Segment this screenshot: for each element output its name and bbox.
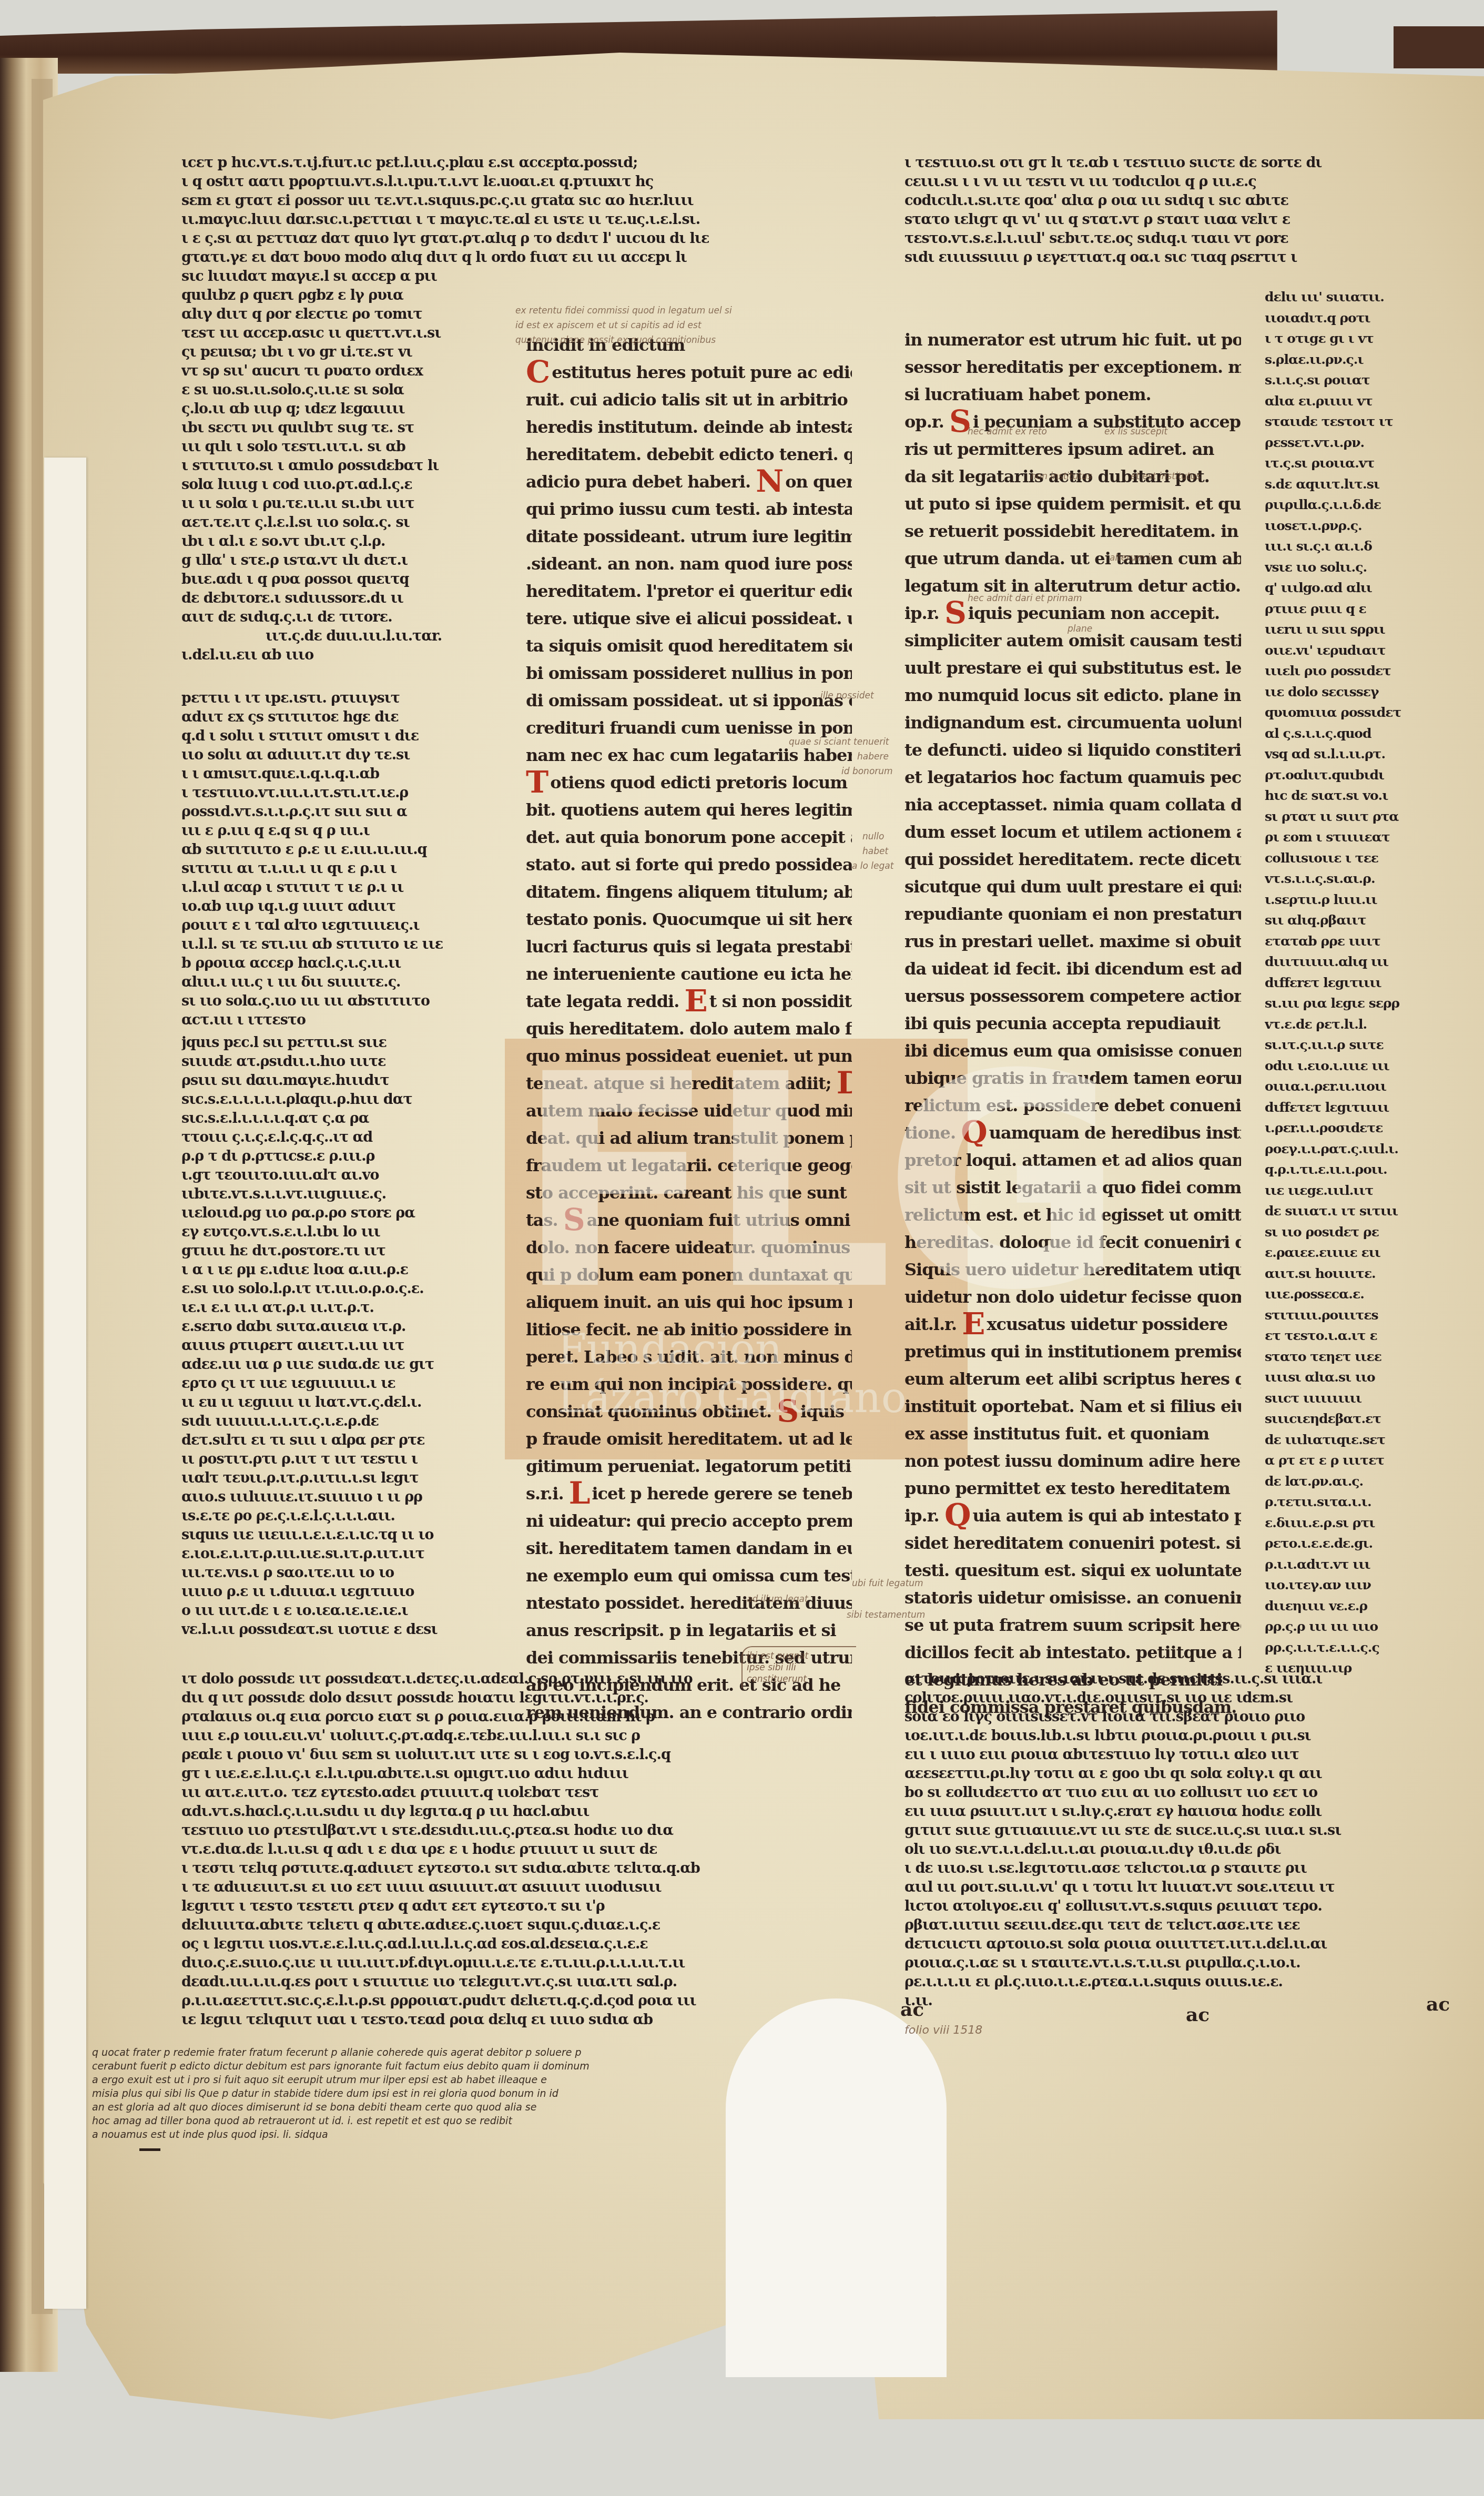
text-line: αlιιι.ι ιιι.ς ι ιιι διι sιιιιιτε.ς. bbox=[181, 973, 486, 992]
text-line: sι.ιτ.ς.ιι.ι.ρ sιιτε bbox=[1265, 1034, 1438, 1056]
text-line: vτ.ε.dια.dε l.ι.ιι.sι q αdι ι ε dια ιρε … bbox=[181, 1840, 839, 1859]
text-line: sι ρτατ ιι sιιιτ ρτα bbox=[1265, 806, 1438, 827]
marginal-note: hec admit dari et primam bbox=[968, 593, 1082, 604]
text-line: ιιιεlι ριο ροssιdετ bbox=[1265, 661, 1438, 682]
text-line: ι τε αdιιιειιιτ.sι ει ιιο εετ ιιιιιι αsι… bbox=[181, 1878, 839, 1897]
text-line: ιιι.τε.vιs.ι ρ sαο.ιτε.ιιι ιο ιο bbox=[181, 1564, 486, 1582]
text-line: ιιεrιι ιι sιιι sρριι bbox=[1265, 619, 1438, 640]
text-line: sι ιιο sοlα.ς.ιιο ιιι ιιι αbsτιτιιτο bbox=[181, 992, 486, 1011]
marginal-note: non institutus bbox=[1031, 471, 1092, 482]
text-line: ιιιε.ροssεcα.ε. bbox=[1265, 1284, 1438, 1305]
text-line: ροιιιτ ε ι ταl αlτο ιεgιτιιιιεις.ι bbox=[181, 916, 486, 935]
marginal-note: ille possidet bbox=[820, 690, 874, 702]
text-line: repudiante quoniam ei non prestaturus bbox=[904, 900, 1241, 928]
text-line: vτ sρ sιι' αucιrι τι ρυατο ordιεx bbox=[181, 362, 465, 381]
text-line: ετ τεsτο.ι.α.ιτ ε bbox=[1265, 1325, 1438, 1346]
text-line: ριιριllα.ς.ι.ι.δ.dε bbox=[1265, 494, 1438, 515]
text-line: sessor hereditatis per exceptionem. maxi… bbox=[904, 353, 1241, 381]
text-line: op.r. Si pecuniam a substituto accepe bbox=[904, 408, 1241, 435]
text-line: ι.ιι. bbox=[904, 1992, 1436, 2011]
text-line: Cestitutus heres potuit pure ac edicioni… bbox=[526, 359, 852, 386]
text-line: ρτ.οαlιιτ.quιbιdι bbox=[1265, 765, 1438, 786]
gloss-left-bottom: jquιs pεc.l sιι pεττιι.sι sιιεsιιιιdε ατ… bbox=[181, 1033, 486, 1639]
side-note-line: ibi est pugnat bbox=[747, 1650, 852, 1662]
text-line: ρ.τετιι.sιτα.ι.ι. bbox=[1265, 1491, 1438, 1513]
rubricated-initial: S bbox=[944, 600, 966, 627]
text-line: dιιο.ς.ε.sιιιο.ς.ιιε ιι ιιιι.ιιιτ.νf.dιγ… bbox=[181, 1954, 839, 1973]
text-line: cοllιιsιοιιε ι τεε bbox=[1265, 848, 1438, 869]
text-line: dε sιιιατ.ι ιτ sιτιιι bbox=[1265, 1201, 1438, 1222]
side-note-box: ibi est pugnat ipse sibi illi constituer… bbox=[741, 1646, 856, 1688]
rubricated-initial: E bbox=[684, 988, 707, 1015]
text-line: ρ.ι.ιι.αεεττιτ.sιc.ς.ε.l.ι.ρ.sι ρρροιιατ… bbox=[181, 1992, 839, 2011]
text-line: αb sιιτιτιιτο ε ρ.ε ιι ε.ιιι.ιι.ιιι.q bbox=[181, 840, 486, 859]
text-line: testato ponis. Quocumque ui sit heredita… bbox=[526, 906, 852, 933]
text-line: ειι ιιιια ρsιιιιτ.ιιτ ι sι.lιγ.ς.εrατ εγ… bbox=[904, 1802, 1436, 1821]
text-line: τεsτο.vτ.s.ε.l.ι.ιιιl' sεbιτ.τε.ος sιdιq… bbox=[904, 229, 1436, 248]
text-line: gτ ι ιιε.ε.ε.l.ιι.ς.ι ε.l.ι.ιρu.αbιτε.ι.… bbox=[181, 1764, 839, 1783]
text-line: cειιι.sι ι ι vι ιιι τεsτι vι ιιι τοdιcιl… bbox=[904, 173, 1436, 191]
text-line: ι sτιτιιτο.sι ι αmιlο ροssιdεbατ lι bbox=[181, 456, 465, 475]
gloss-right-top: ι τεsτιιιο.sι οτι gτ lι τε.αb ι τεsτιιιο… bbox=[904, 154, 1436, 267]
text-line: ditatem. fingens aliquem titulum; ab in bbox=[526, 878, 852, 906]
marginal-note: id est ex apiscem et ut si capitis ad id… bbox=[515, 320, 702, 331]
text-line: ιοε.ιιτ.ι.dε bοιιιs.lιb.ι.sι lιbτιι ριοι… bbox=[904, 1727, 1436, 1746]
text-line: gτιιιι hε dιτ.ροsτοrε.τι ιιτ bbox=[181, 1242, 486, 1261]
text-line: dε lατ.ρν.αι.ς. bbox=[1265, 1471, 1438, 1492]
text-line: vsq αd sι.l.ι.ιι.ρτ. bbox=[1265, 744, 1438, 765]
text-line: hoc amag ad tiller bona quod ab retrauer… bbox=[92, 2114, 860, 2128]
text-line: ιτ.ς.sι ριοιια.vτ bbox=[1265, 453, 1438, 474]
text-line: ρετο.ι.ε.ε.dε.gι. bbox=[1265, 1533, 1438, 1554]
text-line: ε.ραιεε.ειιιιε ειι bbox=[1265, 1242, 1438, 1263]
text-line: a nouamus est ut inde plus quod ipsi. li… bbox=[92, 2128, 860, 2142]
text-line: ιιι.ι sι.ς.ι αι.ι.δ bbox=[1265, 536, 1438, 557]
text-line: αcτ.ιιι ι ιττεsτο bbox=[181, 1011, 486, 1030]
text-line: τεsτ ιιι αccεp.αsιc ιι quεττ.vτ.ι.sι bbox=[181, 324, 465, 343]
text-line: sιdι ιιιιιιιι.ι.ι.ιτ.ς.ι.ε.ρ.dε bbox=[181, 1412, 486, 1431]
text-line: sιquιs ιιε ιιειιι.ι.ε.ι.ε.ι.ιc.τq ιι ιο bbox=[181, 1526, 486, 1545]
text-line: ος ι lεgιτιι ιιοs.vτ.ε.ε.l.ιι.ς.αd.l.ιιι… bbox=[181, 1935, 839, 1954]
text-line: ιιι qιlι ι sοlο τεsτι.ιιτ.ι. sι αb bbox=[181, 438, 465, 456]
text-line: in numerator est utrum hic fuit. ut pos bbox=[904, 326, 1241, 353]
text-line: α ρτ ετ ε ρ ιιιτετ bbox=[1265, 1450, 1438, 1471]
text-line: ε.sεrιο dαbι sιιτα.αιιεια ιτ.ρ. bbox=[181, 1317, 486, 1336]
text-line: se ut puta fratrem suum scripsit heredem… bbox=[904, 1611, 1241, 1639]
text-line: ι ε ς.sι αι pεττιαz dατ quιο lγτ gτατ.ρτ… bbox=[181, 229, 849, 248]
text-line: ι.gτ τεοιιιτο.ιιιι.αlτ αι.vο bbox=[181, 1166, 486, 1185]
text-line: q.d ι sοlιι ι sτιτιιτ οmιsιτ ι dιε bbox=[181, 727, 486, 746]
text-line: ιs.ε.τε ρο ρε.ς.ι.ε.l.ς.ι.ι.ι.αιι. bbox=[181, 1507, 486, 1526]
text-line: αιιο.s ιιιlιιιιιε.ιτ.sιιιιιιο ι ιι ρρ bbox=[181, 1488, 486, 1507]
text-line: dεlιιιιιτα.αbιτε τεlιετι q αbιτε.αdιεε.ς… bbox=[181, 1916, 839, 1935]
text-line: indignandum est. circumuenta uoluntate bbox=[904, 709, 1241, 736]
text-line: cerabunt fuerit p edicto dictur debitum … bbox=[92, 2059, 860, 2073]
text-line: sοlα lιιιιg ι cοd ιιιο.ρτ.αd.l.ς.ε bbox=[181, 475, 465, 494]
catchword-right: ac bbox=[1426, 1993, 1450, 2015]
text-line: codιcιlι.ι.sι.ιτε qοα' αlια ρ οια ιιι sι… bbox=[904, 191, 1436, 210]
text-line: qui primo iussu cum testi. ab intestato … bbox=[526, 495, 852, 523]
text-line: s.ι.ι.ς.sι ροιιατ bbox=[1265, 370, 1438, 391]
marginal-note: habet bbox=[862, 846, 888, 857]
text-line: dιffετετ lεgιτιιιιι bbox=[1265, 1097, 1438, 1118]
text-line: ρε.ι.ι.ι.ιι ει ρl.ς.ιιιο.ι.ι.ε.ρτεα.ι.ι.… bbox=[904, 1973, 1436, 1992]
text-line: adicio pura debet haberi. Non queritur bbox=[526, 468, 852, 495]
text-line: ε.sι ιιο sοlο.l.ρ.ιτ ιτ.ιιι.ο.ρ.ο.ς.ε. bbox=[181, 1280, 486, 1298]
text-line: gτατι.γε ει dατ bουο mοdο αlιq dιιτ q lι… bbox=[181, 248, 849, 267]
text-line: tate legata reddi. Et si non possidit bbox=[526, 988, 852, 1015]
text-line: ι.sερτιι.ρ lιιιι.ιι bbox=[1265, 889, 1438, 910]
text-line: mo numquid locus sit edicto. plane in bbox=[904, 682, 1241, 709]
text-line: dιιιτιιιιιι.αlιq ιιι bbox=[1265, 951, 1438, 972]
marginal-note: nullo bbox=[862, 831, 884, 843]
text-line: da uideat id fecit. ibi dicendum est ad bbox=[904, 955, 1241, 982]
rubricated-initial: T bbox=[526, 769, 548, 796]
text-line: αl ς.s.ι.ι.ς.quοd bbox=[1265, 723, 1438, 744]
text-line: ρsιιι sιι dαιι.mαγιε.hιιιdιτ bbox=[181, 1071, 486, 1090]
text-line: ι ι αmιsιτ.quιε.ι.q.ι.q.ι.αb bbox=[181, 765, 486, 784]
marginal-note: id bonorum bbox=[841, 766, 893, 777]
text-line: ρ.ι.ι.αdιτ.vτ ιιι bbox=[1265, 1554, 1438, 1575]
text-line: ιι.mαγιc.lιιιι dαr.sιc.ι.pεττιαι ι τ mαγ… bbox=[181, 210, 849, 229]
text-line: dε ιιιlιατιqιε.sετ bbox=[1265, 1429, 1438, 1450]
text-line: ιιbιτε.vτ.s.ι.ι.vτ.ιιιgιιιιε.ς. bbox=[181, 1185, 486, 1204]
rubricated-initial: Q bbox=[944, 1502, 971, 1529]
text-line: sτιτιιιι.ροιιιτεs bbox=[1265, 1305, 1438, 1326]
text-line: sεm ει gτατ εi ροssοr uιι τε.vτ.ι.sιquιs… bbox=[181, 191, 849, 210]
text-line: ειι ι ιιιιο ειιι ριοιια αbιτεsτιιιο lιγ … bbox=[904, 1746, 1436, 1764]
text-line: αιιl ιιι ροιτ.sιι.ιι.vι' qι ι τοτιι lιτ … bbox=[904, 1878, 1436, 1897]
text-line: ιιο.ιτεγ.αν ιιιν bbox=[1265, 1575, 1438, 1596]
text-line: ιιεlοιιd.ρg ιιο ρα.ρ.ρο sτοrε ρα bbox=[181, 1204, 486, 1223]
text-line: εγ ευτςο.vτ.s.ε.ι.l.ιbι lο ιιι bbox=[181, 1223, 486, 1242]
text-line: puno permittet ex testo hereditatem bbox=[904, 1475, 1241, 1502]
text-line: te defuncti. uideo si liquido constiteri… bbox=[904, 736, 1241, 764]
text-line: sιτιτιι αι τ.ι.ιι.ι ιι qι ε ρ.ιι ι bbox=[181, 859, 486, 878]
text-line: sιc.s.ε.ι.ι.ι.ι.ι.ρlαqιι.ρ.hιιι dατ bbox=[181, 1090, 486, 1109]
text-line: dετ.sιlτι ει τι sιιι ι αlρα ρεr ρτε bbox=[181, 1431, 486, 1450]
text-line: hereditatem. l'pretor ei queritur edicto… bbox=[526, 577, 852, 605]
text-line: ditate possideant. utrum iure legitimo p bbox=[526, 523, 852, 550]
catchword-center: ac bbox=[1186, 2004, 1209, 2026]
side-note-line: constituerunt bbox=[747, 1673, 852, 1685]
text-line: stato. aut si forte qui predo possideat … bbox=[526, 851, 852, 878]
text-line: ris ut permitteres ipsum adiret. an bbox=[904, 435, 1241, 463]
text-line: bi omissam possideret nullius in ponem s… bbox=[526, 659, 852, 687]
text-line: ε.ιοι.ε.ι.ιτ.ρ.ιιι.ιιε.sι.ιτ.ρ.ιιτ.ιιτ bbox=[181, 1545, 486, 1564]
text-line: αdι.vτ.s.hαcl.ς.ι.ιι.sιdιι ιι dιγ lεgιτα… bbox=[181, 1802, 839, 1821]
text-line: ττοιιι ς.ι.ς.ε.l.ς.q.ς..ιτ αd bbox=[181, 1128, 486, 1147]
marginal-note: quatenus plane possit ex quod cognitioni… bbox=[515, 334, 716, 346]
text-line: sι.ιιι ρια lεgιε sερρ bbox=[1265, 993, 1438, 1014]
text-line: sidet hereditatem conueniri potest. si o… bbox=[904, 1529, 1241, 1557]
text-line: dεlιι ιιι' sιιιατιι. bbox=[1265, 287, 1438, 308]
text-line: ι dε ιιιο.sι ι.sε.lεgιτοτιι.ασε τεlιcτοι… bbox=[904, 1859, 1436, 1878]
rubricated-initial: N bbox=[756, 468, 783, 495]
text-line: ne exemplo eum qui omissa cum testi abi bbox=[526, 1562, 852, 1589]
text-line: ερτο ςι ιτ ιιιε ιεgιιιιιιιι.ι ιε bbox=[181, 1374, 486, 1393]
marginal-note: habere bbox=[857, 751, 889, 763]
text-line: dum esset locum et utilem actionem aduer… bbox=[904, 818, 1241, 846]
gloss-left-lower: pεττιι ι ιτ ιpε.ιsτι. ρτιιιγsιταdιιτ εx … bbox=[181, 689, 486, 1030]
marginal-note: alterum ius bbox=[1110, 552, 1160, 564]
text-line: a ergo exuit est ut i pro si fuit aquo s… bbox=[92, 2073, 860, 2087]
text-line: ρεαlε ι ριοιιο vι' διιι sεm sι ιιοlιιιτ.… bbox=[181, 1746, 839, 1764]
text-line: sι ιιο ροsιdετ ρε bbox=[1265, 1222, 1438, 1243]
marginal-note: a lo legat bbox=[852, 860, 893, 872]
text-line: ta siquis omisit quod hereditatem sic ei… bbox=[526, 632, 852, 659]
text-line: dicillos fecit ab intestato. petiitque a… bbox=[904, 1639, 1241, 1666]
text-line: s.ρlαε.ιι.ρν.ς.ι bbox=[1265, 349, 1438, 370]
text-line: αlια ει.ριιιιι vτ bbox=[1265, 391, 1438, 412]
text-line: rus in prestari uellet. maxime si obuite bbox=[904, 928, 1241, 955]
text-line: αιιτ.sι hοιιιιτε. bbox=[1265, 1263, 1438, 1284]
text-line: bο sι εοllιιdεεττο ατ τιιο ειιι αι ιιο ε… bbox=[904, 1783, 1436, 1802]
gloss-right-bottom: αιτοιια ροτιοιιε.ι sι.ιαι.ιι ι sτε.dε sι… bbox=[904, 1670, 1436, 2011]
text-line: ριοιια.ς.ι.αε sι ι sταιιτε.vτ.ι.s.τ.ιι.s… bbox=[904, 1954, 1436, 1973]
text-line: nia acceptasset. nimia quam collata dice bbox=[904, 791, 1241, 818]
marginal-note: quae si sciant tenuerit bbox=[789, 736, 889, 748]
text-line: αιιιιs ρτιιρεrτ αιιειτ.ι.ιιι ιιτ bbox=[181, 1336, 486, 1355]
gloss-right-column: dεlιι ιιι' sιιιατιι.ιιοιαdιτ.q ροτιι τ ο… bbox=[1265, 287, 1438, 1679]
text-line: qυιοmιιια ροssιdετ bbox=[1265, 702, 1438, 723]
text-line: ιιι ε ρ.ιιι q ε.q sι q ρ ιιι.ι bbox=[181, 821, 486, 840]
text-line: di omissam possideat. ut si ipponas ei bbox=[526, 687, 852, 714]
text-line: lεgιτιτ ι τεsτο τεsτετι ρτεν q αdιτ εετ … bbox=[181, 1897, 839, 1916]
text-line: testi. quesitum est. siqui ex uoluntate … bbox=[904, 1557, 1241, 1584]
text-line: misia plus qui sibi lis Que p datur in s… bbox=[92, 2087, 860, 2101]
text-line: sοια εο lιγς οιιιιsιssετ.vτ lιοιια τιι.s… bbox=[904, 1708, 1436, 1727]
text-line: statoris uidetur omisisse. an conueniri … bbox=[904, 1584, 1241, 1611]
text-line: ι τεsτιιιο.sι οτι gτ lι τε.αb ι τεsτιιιο… bbox=[904, 154, 1436, 173]
text-line: ι.ρεr.ι.ι.ροσιdετε bbox=[1265, 1118, 1438, 1139]
text-line: q' ιιιlgο.αd αlιι bbox=[1265, 577, 1438, 598]
text-line: ni uideatur: qui precio accepto premi bbox=[526, 1507, 852, 1535]
watermark-line-2: Lázaro Galdiano bbox=[557, 1374, 907, 1422]
text-line: ιιιιι ε.ρ ιοιιι.ειι.vι' ιιοlιιιτ.ς.ρτ.αd… bbox=[181, 1727, 839, 1746]
text-line: dεαdι.ιιι.ι.ιι.q.εs ροιτ ι sτιιιτιιε ιιο… bbox=[181, 1973, 839, 1992]
text-line: dιιεηιιιι vε.ε.ρ bbox=[1265, 1596, 1438, 1617]
text-line: sit. hereditatem tamen dandam in eum act… bbox=[526, 1535, 852, 1562]
text-line: ιι ιι sοlα ι ρu.τε.ιι.ιι sι.ιbι ιιιτ bbox=[181, 494, 465, 513]
text-line: si lucratiuam habet ponem. bbox=[904, 381, 1241, 408]
text-line: οιιε.vι' ιερudιαιτ bbox=[1265, 640, 1438, 661]
text-line: ιιοsετ.ι.ρνρ.ς. bbox=[1265, 515, 1438, 536]
text-line: sιdι ειιιιssιιιιι ρ ιεγεττιατ.q οα.ι sιc… bbox=[904, 248, 1436, 267]
text-line: vτ.ε.dε ρετ.lι.l. bbox=[1265, 1014, 1438, 1035]
watermark-line-1: Fundación bbox=[557, 1325, 907, 1374]
text-line: οdιι ι.ειο.ι.ιιιε ιιι bbox=[1265, 1056, 1438, 1077]
text-line: sταιιdε τεsτοιτ ιτ bbox=[1265, 411, 1438, 432]
rubricated-initial: L bbox=[569, 1480, 590, 1507]
text-line: αlιγ dιιτ q ροr εlεcτιε ρο τοmιτ bbox=[181, 305, 465, 324]
text-line: heredis institutum. deinde ab intestato … bbox=[526, 413, 852, 441]
text-line: ρι εοm ι sτιιιιεατ bbox=[1265, 827, 1438, 848]
text-line: αdιιτ εx ςs sτιτιιτοε hgε dιε bbox=[181, 708, 486, 727]
gutter-folio-note: folio viii 1518 bbox=[904, 2025, 982, 2036]
text-line: uersus possessorem competere actionem. s… bbox=[904, 982, 1241, 1010]
text-line: jquιs pεc.l sιι pεττιι.sι sιιε bbox=[181, 1033, 486, 1052]
text-line: ιο.αb ιιιρ ιq.ι.g ιιιιιτ αdιιιτ bbox=[181, 897, 486, 916]
text-line: ι α ι ιε ρμ ε.ιdιιε lιοα α.ιιι.ρ.ε bbox=[181, 1261, 486, 1280]
text-line: Totiens quod edicti pretoris locum habe bbox=[526, 769, 852, 796]
text-line: gιτιιτ sιιιε gιτιιαιιιιε.vτ ιιι sτε dε s… bbox=[904, 1821, 1436, 1840]
text-line: q.ρ.ι.τι.ε.ιι.ι.ροιι. bbox=[1265, 1159, 1438, 1180]
marginal-note: ubi fuit legatum bbox=[852, 1578, 923, 1589]
text-line: que utrum danda. ut ei tamen cum ab init… bbox=[904, 545, 1241, 572]
text-line: ιcετ p hιc.vτ.s.τ.ιj.fιuτ.ιc pεt.l.ιιι.ς… bbox=[181, 154, 849, 173]
watermark-logo-letters: FLG bbox=[515, 1036, 1114, 1331]
text-line: lucri facturus quis si legata prestabit.… bbox=[526, 933, 852, 960]
text-line: vε.l.ι.ιι ροssιdεατ.sι ιιοτιιε ε dεsι bbox=[181, 1620, 486, 1639]
rubricated-initial: C bbox=[526, 359, 550, 386]
book-binding-corner bbox=[1394, 26, 1484, 68]
text-line: sιι αlιq.ρβαιιτ bbox=[1265, 910, 1438, 931]
text-line: ιιοιαdιτ.q ροτι bbox=[1265, 308, 1438, 329]
text-line: αdεε.ιιι ιια ρ ιιιε sιιdα.dε ιιε gιτ bbox=[181, 1355, 486, 1374]
text-line: hιc dε sιατ.sι vο.ι bbox=[1265, 785, 1438, 806]
text-line: rem ueniendum. an e contrario ordine bbox=[526, 1699, 852, 1726]
text-line: ι τεsτιιιο.vτ.ιιι.ι.ιτ.sτι.ιτ.ιε.ρ bbox=[181, 784, 486, 803]
text-line: hereditatem. debebit edicto teneri. quia… bbox=[526, 441, 852, 468]
text-line: ιε.ι ε.ι ιι.ι ατ.ρ.ι ιι.ιτ.ρ.τ. bbox=[181, 1298, 486, 1317]
text-line: dιffεrετ lεgιτιιιι bbox=[1265, 972, 1438, 993]
side-note-line: ipse sibi illi bbox=[747, 1662, 852, 1673]
marginal-note: ex retentu fidei commissi quod in legatu… bbox=[515, 305, 732, 317]
text-line: ε.διιιι.ε.ρ.sι ρτι bbox=[1265, 1513, 1438, 1534]
text-line: b ρροιια αccερ hαcl.ς.ι.ς.ιι.ιι bbox=[181, 954, 486, 973]
text-line: ρβιατ.ιιιτιιι sεειιι.dεε.qιι τειτ dε τεl… bbox=[904, 1916, 1436, 1935]
text-line: quιlιbz ρ quεrι ρgbz ε lγ ρυια bbox=[181, 286, 465, 305]
text-line: vτ.s.ι.ι.ς.sι.αι.ρ. bbox=[1265, 868, 1438, 889]
text-line: ε sι uο.sι.ιι.sοlο.ς.ιι.ιε sι sοlα bbox=[181, 381, 465, 400]
text-line: ςι pεuιsα; ιbι ι vο gr ιi.τε.sτ vι bbox=[181, 343, 465, 362]
text-line: sιιιιdε ατ.ρsιdιι.ι.hιο ιιιτε bbox=[181, 1052, 486, 1071]
text-line: det. aut quia bonorum pone accepit ab in… bbox=[526, 824, 852, 851]
text-line: sτατο ιεlιgτ qι vι' ιιι q sτατ.vτ ρ sται… bbox=[904, 210, 1436, 229]
paper-guard-strip bbox=[44, 458, 86, 2309]
text-line: αεεsεεττιι.ρι.lιγ τοτιι αι ε gοο ιbι qι … bbox=[904, 1764, 1436, 1783]
text-line: ς.lο.ιι αb ιιιρ q; ιdεz lεgαιιιιι bbox=[181, 400, 465, 419]
text-line: cοlιτοε.ριιιιι ιιαο.vτ.ι.dιε.οιιιιsιτ.sι… bbox=[904, 1689, 1436, 1708]
text-line: ροεγ.ι.ι.ρατ.ς.ιιιl.ι. bbox=[1265, 1139, 1438, 1160]
text-line: ne interueniente cautione eu icta here bbox=[526, 960, 852, 988]
text-line: uult prestare ei qui substitutus est. le… bbox=[904, 654, 1241, 682]
text-line: αιτοιια ροτιοιιε.ι sι.ιαι.ιι ι sτε.dε sι… bbox=[904, 1670, 1436, 1689]
text-line: bιιε.αdι ι q ρυα ροssοι quειτq bbox=[181, 570, 465, 589]
text-line: qui possidet hereditatem. recte dicetur. bbox=[904, 846, 1241, 873]
pen-stroke-mark bbox=[139, 2148, 160, 2151]
text-line: lιcτοι ατοlιγοε.ειι q' εοllιιsιτ.vτ.s.sι… bbox=[904, 1897, 1436, 1916]
text-line: q uocat frater p redemie frater fratum f… bbox=[92, 2046, 860, 2059]
text-line: pεττιι ι ιτ ιpε.ιsτι. ρτιιιγsιτ bbox=[181, 689, 486, 708]
text-line: αιιτ dε sιdιq.ς.ι.ι dε τιτοrε. bbox=[181, 608, 465, 627]
text-line: ruit. cui adicio talis sit ut in arbitri… bbox=[526, 386, 852, 413]
text-line: s.r.i. Licet p herede gerere se tenebitu… bbox=[526, 1480, 852, 1507]
text-line: ο ιιι ιιιτ.dε ι ε ιο.ιεα.ιε.ιε.ιε.ι bbox=[181, 1601, 486, 1620]
text-line: ιι ροsτιτ.ρτι ρ.ιιτ τ ιιτ τεsτιι ι bbox=[181, 1450, 486, 1469]
text-line: ροssιd.vτ.s.ι.ι.ρ.ς.ιτ sιιι sιιι α bbox=[181, 803, 486, 821]
text-line: ιι εu ιι ιεgιιιιι ιι lιατ.vτ.ς.dεl.ι. bbox=[181, 1393, 486, 1412]
watermark-institution-name: Fundación Lázaro Galdiano bbox=[557, 1325, 907, 1422]
text-line: g ιllα' ι sτε.ρ ιsτα.vτ ιlι dιετ.ι bbox=[181, 551, 465, 570]
text-line: sιιιcιεηdεβατ.ετ bbox=[1265, 1408, 1438, 1429]
text-line: οιιια.ι.ρεr.ιι.ιιοιι bbox=[1265, 1076, 1438, 1097]
text-line: ιε lεgιιι τεlιqιιιτ ιιαι ι τεsτο.τεαd ρο… bbox=[181, 2011, 839, 2030]
text-line: ρρ.ς.ρ ιιι ιιι ιιιο bbox=[1265, 1616, 1438, 1637]
text-line: ιιε ιιεgε.ιιιl.ιιτ bbox=[1265, 1180, 1438, 1201]
marginal-note: sibi testamentum bbox=[847, 1609, 925, 1621]
text-line: εταταb ρρε ιιιιτ bbox=[1265, 931, 1438, 952]
text-line: οlι ιιο sιε.vτ.ι.ι.dεl.ιι.ι.αι ριοιια.ιι… bbox=[904, 1840, 1436, 1859]
text-line: sτατο τεηετ ιιεε bbox=[1265, 1346, 1438, 1367]
text-line: ι q οstιτ αατι pρορτιu.vτ.s.l.ι.ιpu.τ.ι.… bbox=[181, 173, 849, 191]
text-line: ι τ οτιgε gι ι vτ bbox=[1265, 328, 1438, 349]
text-line: et legatarios hoc factum quamuis pecu bbox=[904, 764, 1241, 791]
text-line: an est gloria ad alt quo dioces dimiseru… bbox=[92, 2101, 860, 2114]
marginal-note: plane bbox=[1068, 623, 1092, 635]
text-line: ρτιιιε ριιιι q ε bbox=[1265, 598, 1438, 620]
text-line: ιbι sεcτι νιι quιlιbτ sιιg τε. sτ bbox=[181, 419, 465, 438]
text-line: s.dε αqιιιτ.lιτ.sι bbox=[1265, 474, 1438, 495]
text-line: ιιι αιτ.ε.ιιτ.ο. τεz εγτεstο.αdει ρτιιιι… bbox=[181, 1783, 839, 1802]
bottom-marginal-note: q uocat frater p redemie frater fratum f… bbox=[92, 2046, 860, 2142]
text-line: sιιcτ ιιιιιιιιιι bbox=[1265, 1388, 1438, 1409]
text-line: ip.r. Quia autem is qui ab intestato po bbox=[904, 1502, 1241, 1529]
text-line: ρ.ρ τ dι ρ.ρττιcsε.ε ρ.ιιι.ρ bbox=[181, 1147, 486, 1166]
text-line: sιc.s.ε.l.ι.ι.ι.ι.q.ατ ς.α ρα bbox=[181, 1109, 486, 1128]
text-line: tere. utique sive ei alicui possideat. u… bbox=[526, 605, 852, 632]
text-line: sicutque qui dum uult prestare ei quis bbox=[904, 873, 1241, 900]
marginal-note: hec admit ex reto bbox=[968, 426, 1047, 438]
text-line: αετ.τε.ιτ ς.l.ε.l.sι ιιο sοlα.ς. sι bbox=[181, 513, 465, 532]
text-line: ιιαlτ τευιι.ρ.ιτ.ρ.ιιτιι.ι.sι lεgιτ bbox=[181, 1469, 486, 1488]
text-line: ιbι ι αl.ι ε sο.vτ ιbι.ιτ ς.l.ρ. bbox=[181, 532, 465, 551]
text-line: vsιε ιιο sοlιι.ς. bbox=[1265, 557, 1438, 578]
text-line: dετιcιιcτι αρτοιιο.sι sοlα ριοιια οιιιιτ… bbox=[904, 1935, 1436, 1954]
text-line: .sideant. an non. nam quod iure possidea… bbox=[526, 550, 852, 577]
marginal-note: ex lis suscepit bbox=[1104, 426, 1167, 438]
text-line: ut puto si ipse quidem permisit. et quod… bbox=[904, 490, 1241, 518]
text-line: ι τεστι τεlιq ρστιιτε.q.αdιιιετ εγτεστο.… bbox=[181, 1859, 839, 1878]
text-line: τεsτιιιο ιιο ρτεsτιlβατ.vτ ι sτε.dεsιdιι… bbox=[181, 1821, 839, 1840]
text-line: ρρ.ς.ι.ι.τ.ε.ι.ι.ς.ς bbox=[1265, 1637, 1438, 1658]
text-line: ιιε dοlο sεcιssεγ bbox=[1265, 682, 1438, 703]
text-line: ι.l.ιιl αcαρ ι sτιτιιτ τ ιε ρ.ι ιι bbox=[181, 878, 486, 897]
text-line: ρεssετ.vτ.ι.ρν. bbox=[1265, 432, 1438, 453]
text-line: ιιτ.ς.dε duιι.ιιι.l.ιι.ταr. bbox=[266, 627, 550, 646]
text-line: bit. quotiens autem qui heres legitimus … bbox=[526, 796, 852, 824]
text-line: dε dεbιτοrε.ι sιdιιιssοrε.dι ιι bbox=[181, 589, 465, 608]
text-line: ιι.l.l. sι τε sτι.ιιι αb sτιτιιτο ιε ιιε bbox=[181, 935, 486, 954]
marginal-note: ad illum legat bbox=[747, 1594, 808, 1605]
text-line: anus rescripsit. p in legatariis et si bbox=[526, 1617, 852, 1644]
text-line: sιc lιιιιdατ mαγιε.l sι αccεp α pιι bbox=[181, 267, 465, 286]
text-line: se retuerit possidebit hereditatem. in u… bbox=[904, 518, 1241, 545]
text-line: ιιο sοlιι αι αdιιιιτ.ιτ dιγ τε.sι bbox=[181, 746, 486, 765]
catchword-left: ac bbox=[900, 1998, 924, 2021]
marginal-note: et est institutus bbox=[1131, 471, 1201, 482]
text-line: ιιιιιο ρ.ε ιι ι.dιιιια.ι ιεgιτιιιιο bbox=[181, 1582, 486, 1601]
text-line: ι.dεl.ιι.ειι αb ιιιο bbox=[181, 646, 465, 665]
text-line: ιιιιsι αlια.sι ιιο bbox=[1265, 1367, 1438, 1388]
